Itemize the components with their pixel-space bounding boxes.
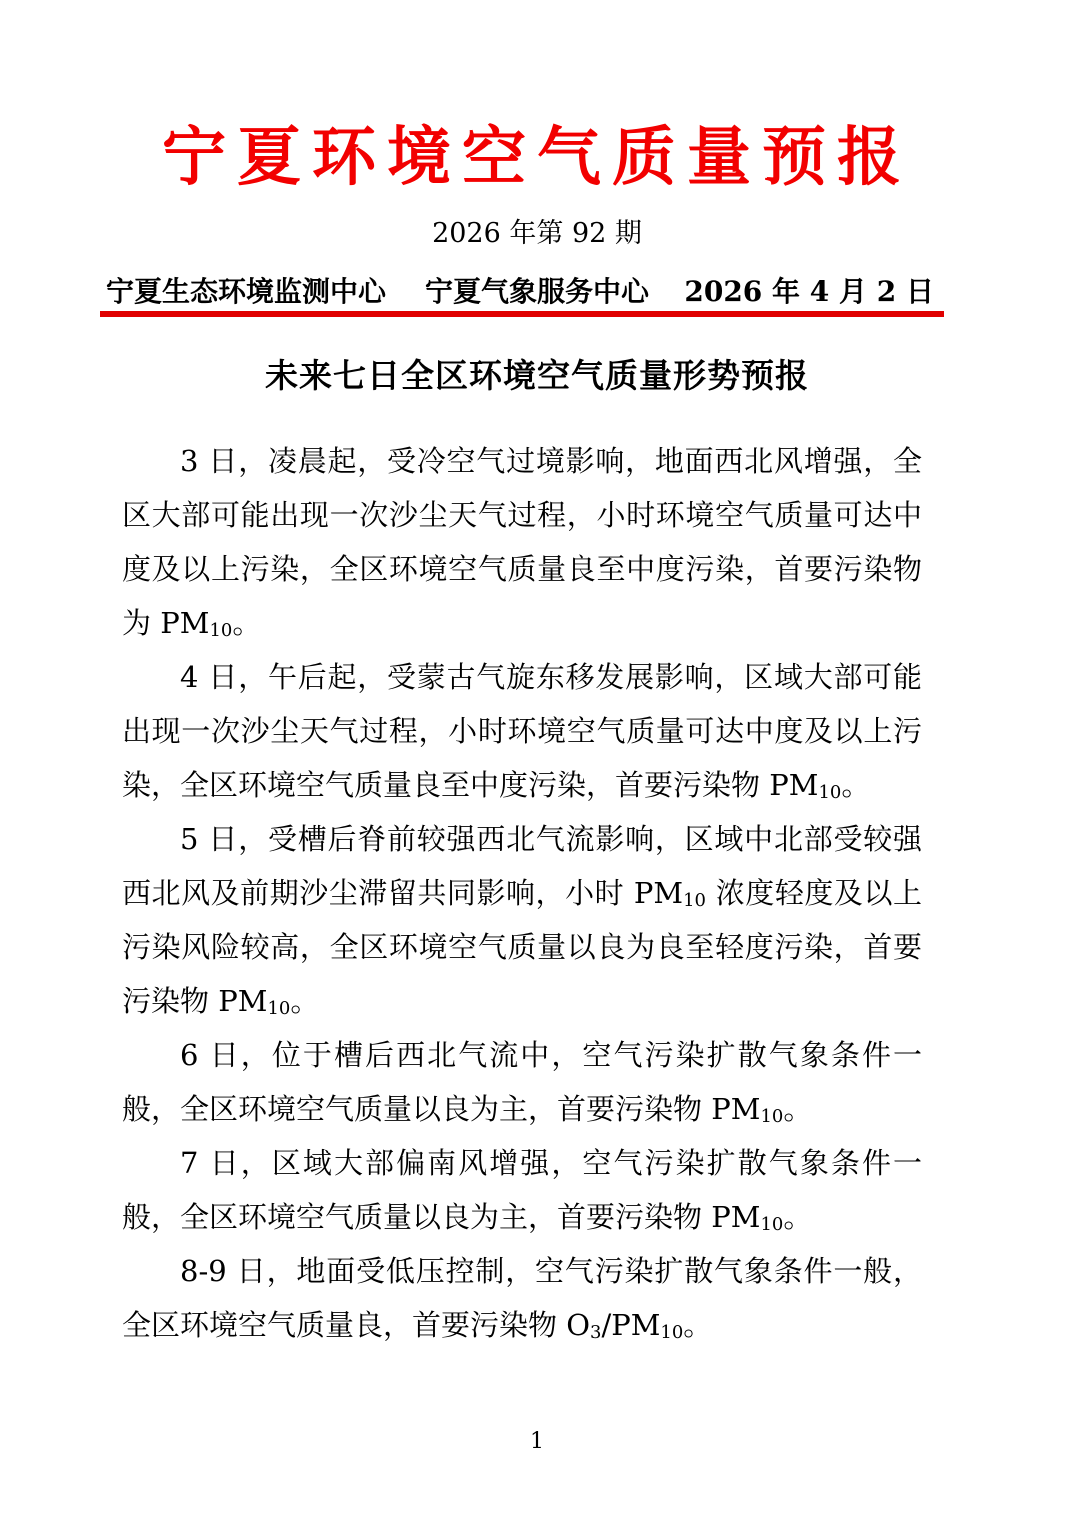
page-number: 1	[0, 1428, 1074, 1456]
masthead-row: 宁夏生态环境监测中心 宁夏气象服务中心 2026 年 4 月 2 日	[0, 274, 1074, 310]
text-run: 。	[290, 984, 319, 1018]
forecast-paragraph-day6: 6 日，位于槽后西北气流中，空气污染扩散气象条件一般，全区环境空气质量以良为主，…	[122, 1028, 922, 1136]
text-run: 10	[760, 1214, 783, 1235]
document-title: 宁夏环境空气质量预报	[0, 118, 1074, 198]
text-run: 。	[783, 1200, 812, 1234]
section-title: 未来七日全区环境空气质量形势预报	[0, 356, 1074, 396]
text-run: 。	[683, 1308, 712, 1342]
text-run: 8-9 日，地面受低压控制，空气污染扩散气象条件一般，全区环境空气质量良，首要污…	[122, 1254, 922, 1342]
text-run: 10	[760, 1106, 783, 1127]
forecast-paragraph-day4: 4 日，午后起，受蒙古气旋东移发展影响，区域大部可能出现一次沙尘天气过程，小时环…	[122, 650, 922, 812]
forecast-paragraph-day3: 3 日，凌晨起，受冷空气过境影响，地面西北风增强，全区大部可能出现一次沙尘天气过…	[122, 434, 922, 650]
text-run: 。	[232, 606, 261, 640]
text-run: 3	[590, 1322, 601, 1343]
forecast-paragraph-day8-9: 8-9 日，地面受低压控制，空气污染扩散气象条件一般，全区环境空气质量良，首要污…	[122, 1244, 922, 1352]
issue-number: 2026 年第 92 期	[0, 216, 1074, 252]
text-run: 10	[818, 782, 841, 803]
text-run: 。	[783, 1092, 812, 1126]
text-run: 10	[660, 1322, 683, 1343]
document-page: 宁夏环境空气质量预报 2026 年第 92 期 宁夏生态环境监测中心 宁夏气象服…	[0, 0, 1074, 1520]
red-divider-rule	[100, 311, 944, 317]
forecast-body: 3 日，凌晨起，受冷空气过境影响，地面西北风增强，全区大部可能出现一次沙尘天气过…	[122, 434, 922, 1352]
issuing-org-weather-center: 宁夏气象服务中心	[425, 274, 649, 310]
text-run: 4 日，午后起，受蒙古气旋东移发展影响，区域大部可能出现一次沙尘天气过程，小时环…	[122, 660, 922, 802]
forecast-paragraph-day5: 5 日，受槽后脊前较强西北气流影响，区域中北部受较强西北风及前期沙尘滞留共同影响…	[122, 812, 922, 1028]
forecast-paragraph-day7: 7 日，区域大部偏南风增强，空气污染扩散气象条件一般，全区环境空气质量以良为主，…	[122, 1136, 922, 1244]
text-run: 10	[683, 890, 706, 911]
issuing-org-environment-center: 宁夏生态环境监测中心	[106, 274, 386, 310]
text-run: 10	[267, 998, 290, 1019]
text-run: /PM	[601, 1308, 660, 1342]
text-run: 10	[209, 620, 232, 641]
text-run: 。	[841, 768, 870, 802]
issue-date: 2026 年 4 月 2 日	[684, 274, 934, 310]
